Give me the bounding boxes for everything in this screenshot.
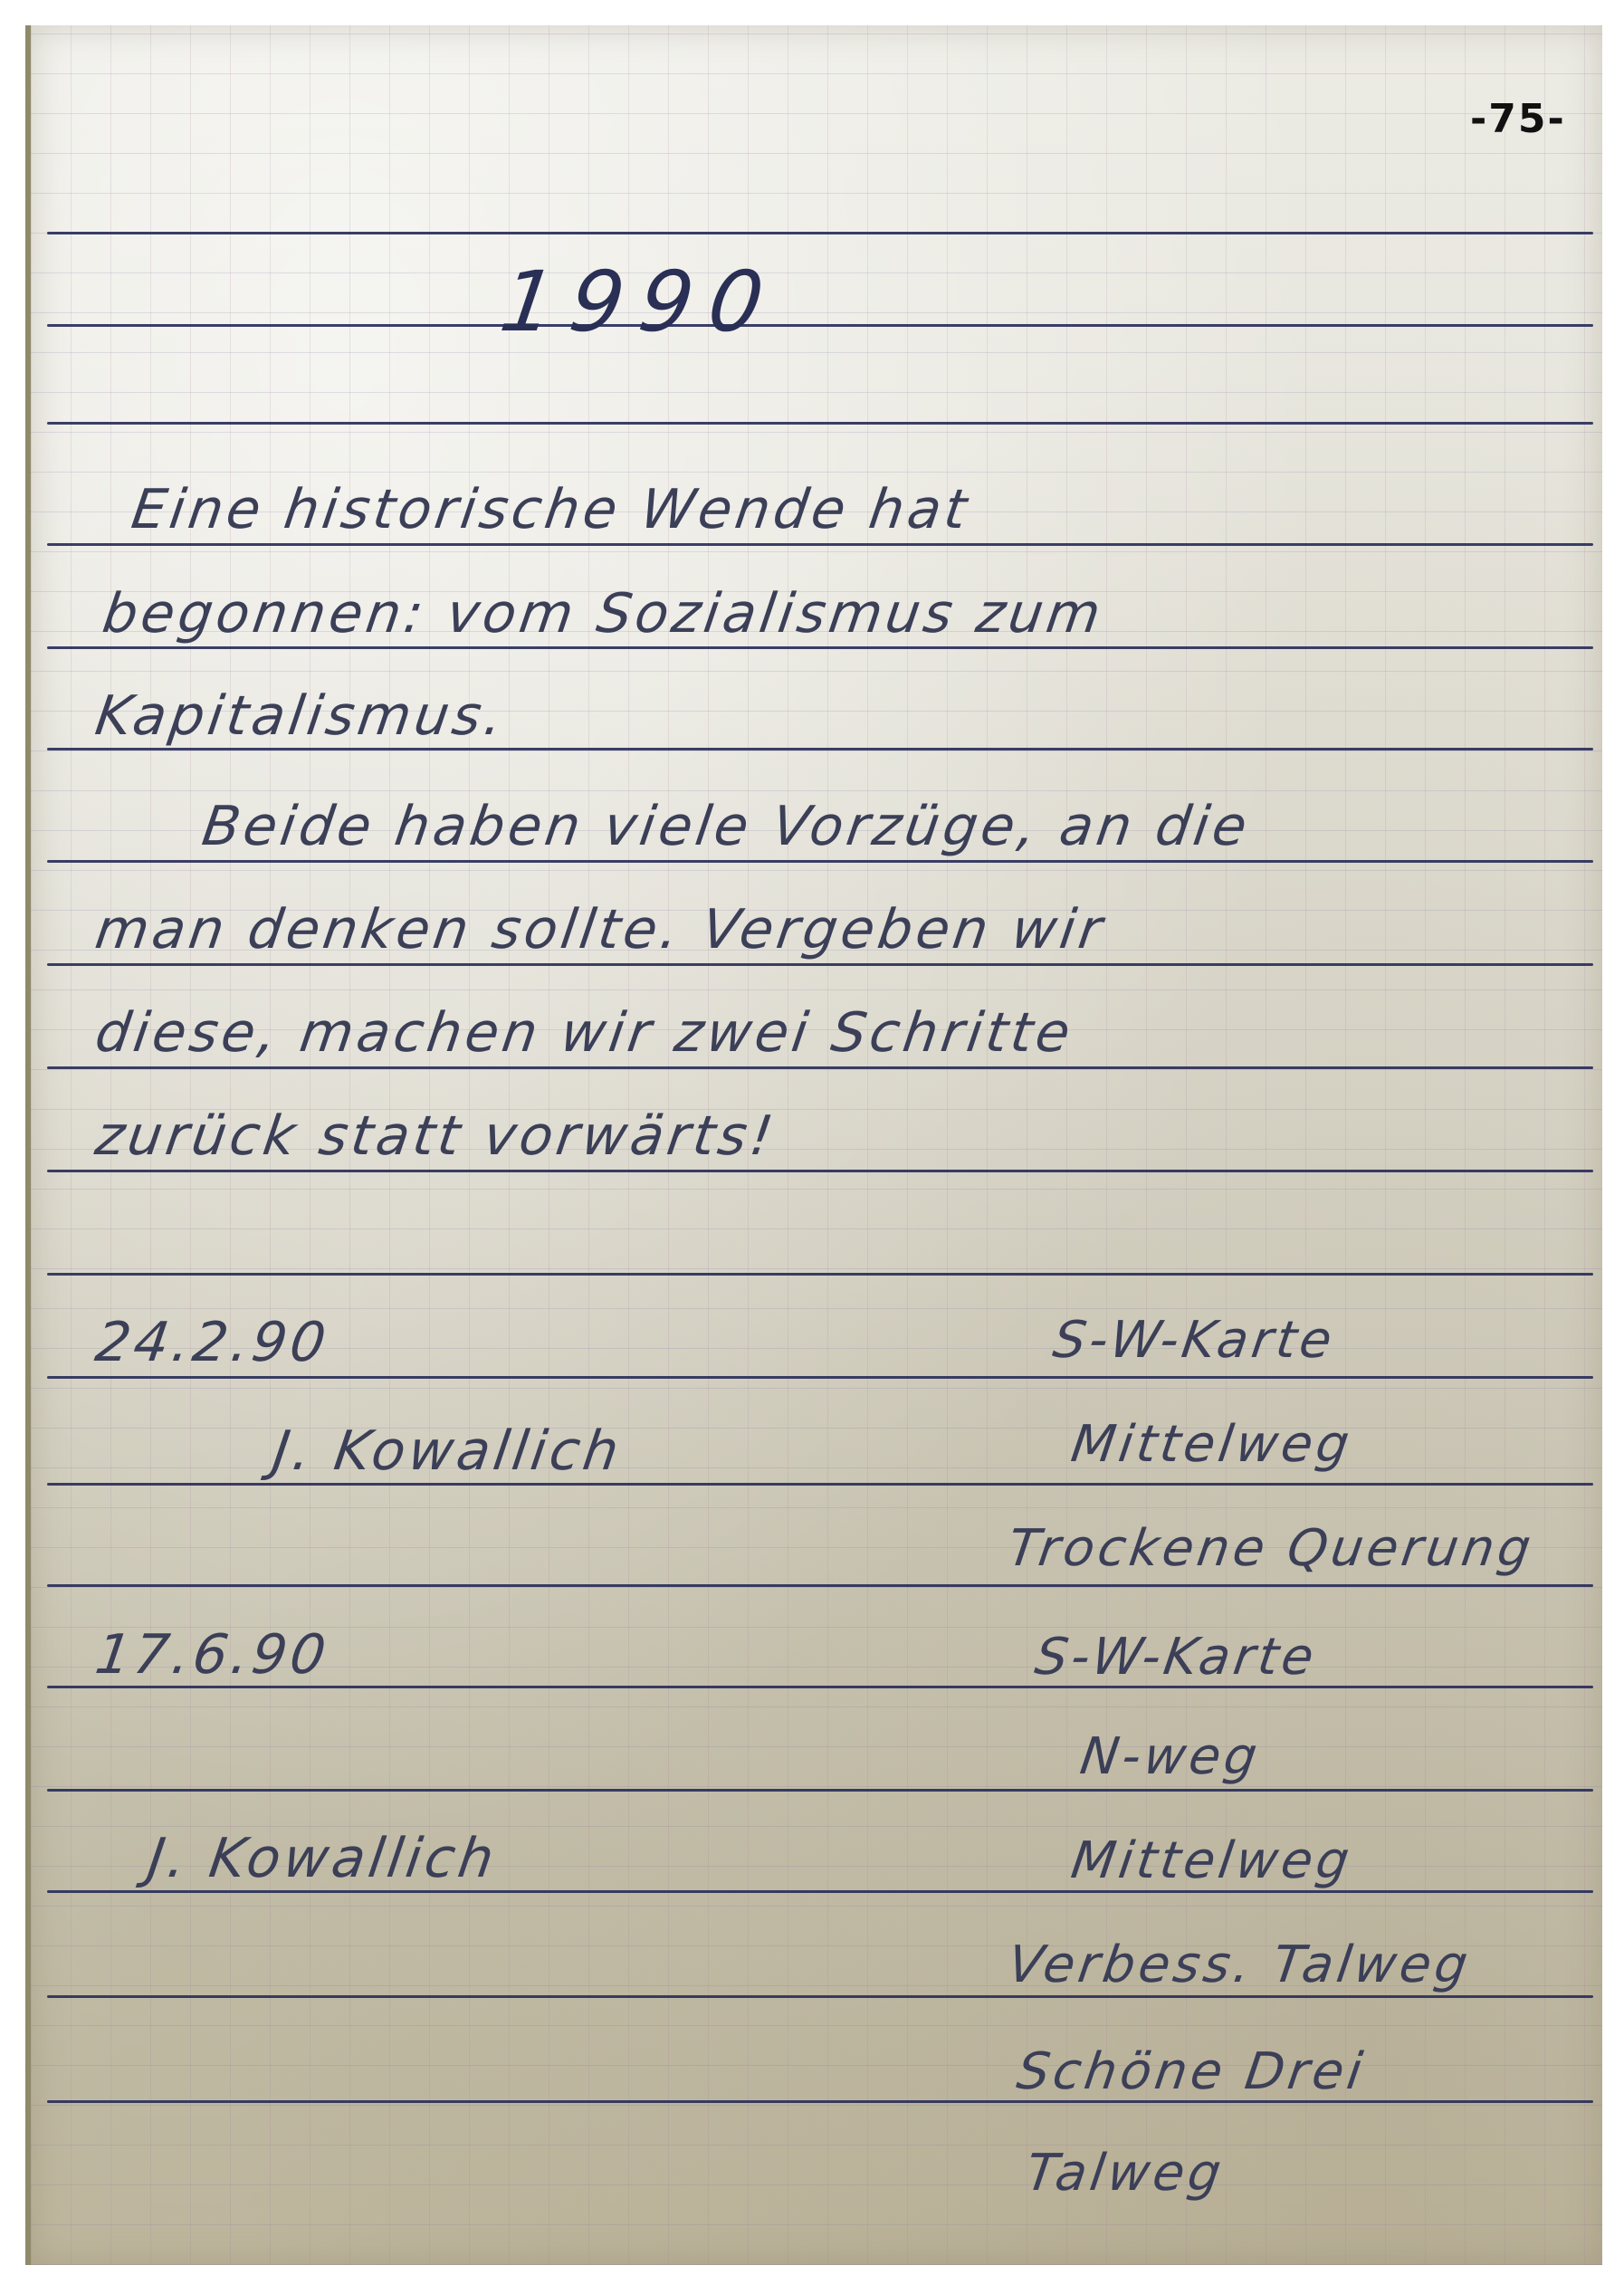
entry-date: 17.6.90 (91, 1623, 333, 1687)
paragraph-line: Kapitalismus. (91, 684, 510, 748)
entry-route: Mittelweg (1067, 1831, 1356, 1890)
entry-route: Mittelweg (1067, 1415, 1356, 1474)
ruled-line (47, 1376, 1593, 1379)
ruled-line (47, 1789, 1593, 1792)
ruled-line (47, 1995, 1593, 1998)
page-number: -75- (1470, 96, 1566, 142)
ruled-line (47, 748, 1593, 750)
ruled-line (47, 543, 1593, 546)
ruled-line (47, 1483, 1593, 1486)
entry-route: S-W-Karte (1031, 1628, 1321, 1687)
ruled-line (47, 422, 1593, 425)
year-heading: 1990 (494, 253, 785, 350)
entry-route: Verbess. Talweg (1004, 1936, 1475, 1994)
ruled-line (47, 1273, 1593, 1276)
paragraph-line: Beide haben viele Vorzüge, an die (198, 795, 1254, 858)
entry-signature: J. Kowallich (144, 1827, 501, 1890)
ruled-line (47, 646, 1593, 649)
entry-route: Schöne Drei (1013, 2042, 1369, 2101)
entry-route: Talweg (1022, 2144, 1228, 2203)
paragraph-line: man denken sollte. Vergeben wir (91, 898, 1109, 961)
ruled-line (47, 2100, 1593, 2103)
entry-route: N-weg (1076, 1727, 1264, 1786)
ruled-line (47, 1584, 1593, 1587)
ruled-line (47, 963, 1593, 966)
paragraph-line: begonnen: vom Sozialismus zum (99, 582, 1108, 645)
entry-route: Trockene Querung (1004, 1519, 1537, 1578)
entry-signature: J. Kowallich (269, 1419, 626, 1483)
paragraph-line: zurück statt vorwärts! (91, 1104, 780, 1168)
ruled-line (47, 1066, 1593, 1069)
ruled-line (47, 324, 1593, 327)
notebook-page: -75- 1990 Eine historische Wende hat beg… (25, 25, 1602, 2265)
ruled-line (47, 1170, 1593, 1172)
entry-route: S-W-Karte (1049, 1311, 1339, 1370)
ruled-line (47, 1890, 1593, 1893)
paragraph-line: diese, machen wir zwei Schritte (91, 1001, 1077, 1065)
ruled-line (47, 232, 1593, 234)
ruled-line (47, 860, 1593, 863)
paragraph-line: Eine historische Wende hat (128, 478, 974, 541)
entry-date: 24.2.90 (91, 1311, 333, 1374)
